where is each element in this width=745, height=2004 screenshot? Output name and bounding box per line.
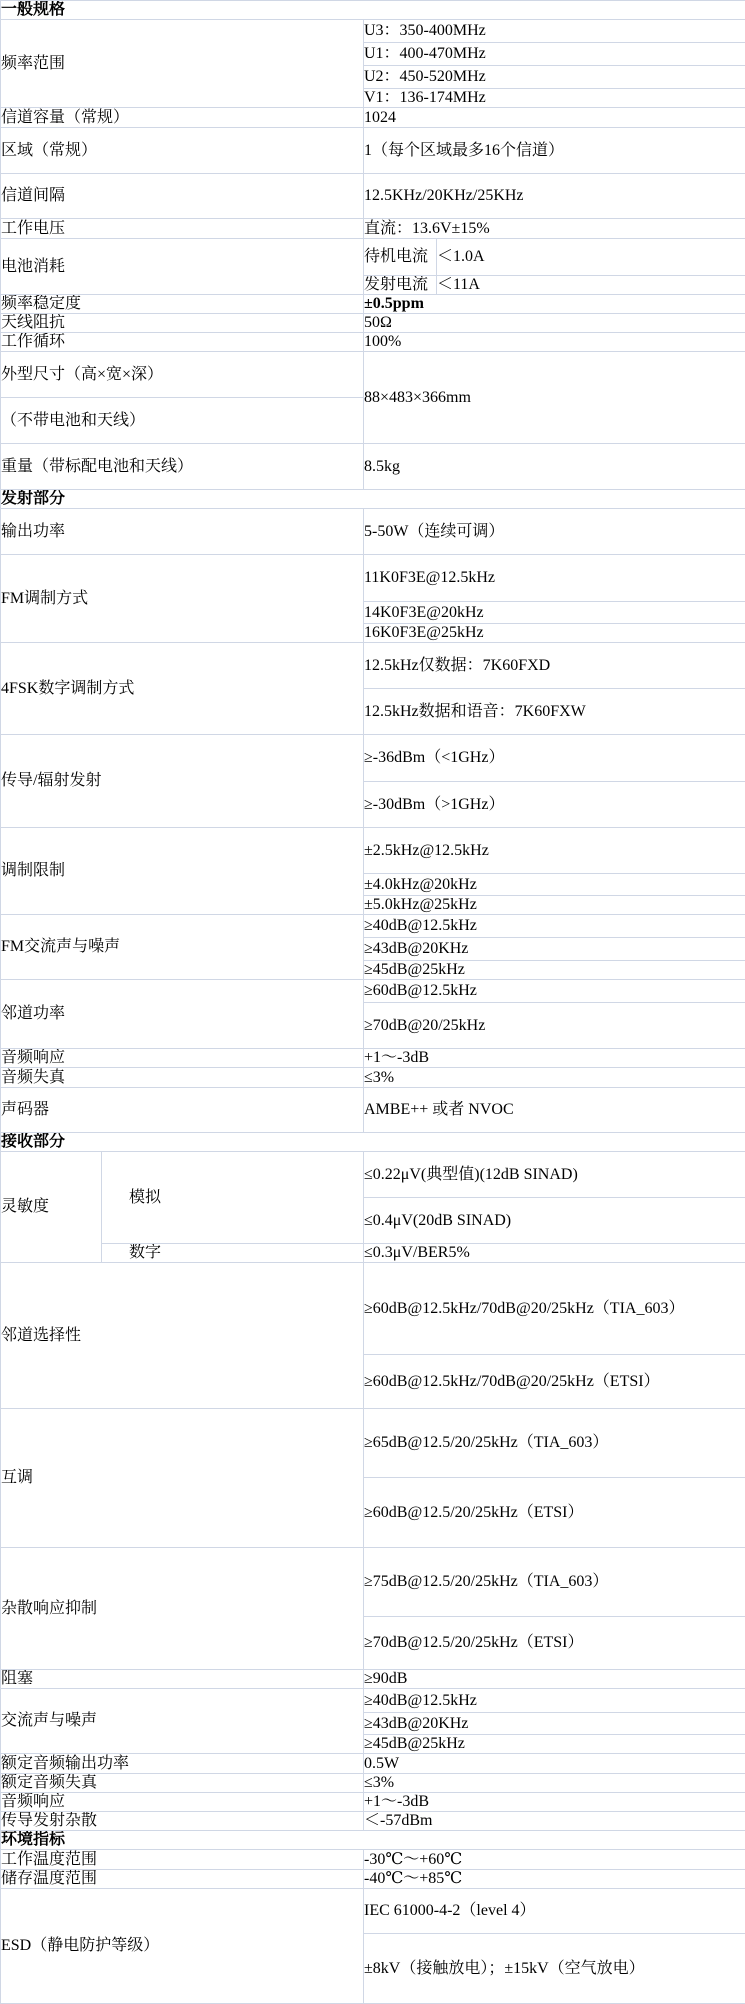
value-fm-modulation-20k: 14K0F3E@20kHz — [364, 602, 745, 624]
label-storage-temperature: 储存温度范围 — [1, 1870, 364, 1889]
spec-row-zone: 区域（常规） 1（每个区域最多16个信道） — [1, 128, 745, 174]
spec-row-rated-audio-distortion: 额定音频失真 ≤3% — [1, 1774, 745, 1793]
spec-row-battery-drain: 电池消耗 待机电流 ＜1.0A — [1, 239, 745, 276]
label-intermodulation: 互调 — [1, 1409, 364, 1548]
value-acs-etsi: ≥60dB@12.5kHz/70dB@20/25kHz（ETSI） — [364, 1355, 745, 1409]
spec-row-channel-spacing: 信道间隔 12.5KHz/20KHz/25KHz — [1, 174, 745, 219]
spec-row-fm-modulation: FM调制方式 11K0F3E@12.5kHz — [1, 555, 745, 602]
spec-row-esd: ESD（静电防护等级） IEC 61000-4-2（level 4） — [1, 1889, 745, 1934]
label-operating-voltage: 工作电压 — [1, 219, 364, 239]
value-hum-noise-rx-25k: ≥45dB@25kHz — [364, 1735, 745, 1754]
value-acp-20-25k: ≥70dB@20/25kHz — [364, 1003, 745, 1049]
value-esd-levels: ±8kV（接触放电）；±15kV（空气放电） — [364, 1934, 745, 2004]
section-header-general: 一般规格 — [1, 1, 745, 20]
spec-row-conducted-spurious: 传导发射杂散 ＜-57dBm — [1, 1812, 745, 1831]
value-emission-above-1ghz: ≥-30dBm（>1GHz） — [364, 782, 745, 828]
spec-row-conducted-radiated-emission: 传导/辐射发射 ≥-36dBm（<1GHz） — [1, 735, 745, 782]
label-battery-drain: 电池消耗 — [1, 239, 364, 295]
label-hum-noise-rx: 交流声与噪声 — [1, 1689, 364, 1754]
label-output-power: 输出功率 — [1, 509, 364, 555]
spec-subrow: 数字 ≤0.3μV/BER5% — [1, 1244, 745, 1263]
value-channel-spacing: 12.5KHz/20KHz/25KHz — [364, 174, 745, 219]
label-weight: 重量（带标配电池和天线） — [1, 444, 364, 490]
value-sensitivity-analog-20db: ≤0.4μV(20dB SINAD) — [364, 1198, 745, 1244]
value-frequency-u2: U2：450-520MHz — [364, 66, 745, 89]
spec-table: 一般规格 频率范围 U3：350-400MHz U1：400-470MHz U2… — [0, 0, 745, 2004]
value-sensitivity-digital: ≤0.3μV/BER5% — [364, 1244, 745, 1263]
section-header-transmitter: 发射部分 — [1, 490, 745, 509]
section-row: 一般规格 — [1, 1, 745, 20]
value-acp-12-5k: ≥60dB@12.5kHz — [364, 980, 745, 1003]
spec-row-adjacent-channel-selectivity: 邻道选择性 ≥60dB@12.5kHz/70dB@20/25kHz（TIA_60… — [1, 1263, 745, 1355]
value-fm-hum-noise-20k: ≥43dB@20KHz — [364, 938, 745, 961]
value-standby-current: ＜1.0A — [437, 239, 745, 276]
value-audio-response-rx: +1～-3dB — [364, 1793, 745, 1812]
value-conducted-spurious: ＜-57dBm — [364, 1812, 745, 1831]
spec-row-duty-cycle: 工作循环 100% — [1, 333, 745, 352]
label-fm-modulation: FM调制方式 — [1, 555, 364, 643]
value-acs-tia603: ≥60dB@12.5kHz/70dB@20/25kHz（TIA_603） — [364, 1263, 745, 1355]
spec-row-dimensions: 外型尺寸（高×宽×深） 88×483×366mm — [1, 352, 745, 398]
label-sensitivity: 灵敏度 — [1, 1152, 102, 1263]
label-4fsk-modulation: 4FSK数字调制方式 — [1, 643, 364, 735]
label-rated-audio-distortion: 额定音频失真 — [1, 1774, 364, 1793]
value-fm-modulation-25k: 16K0F3E@25kHz — [364, 624, 745, 643]
section-row: 接收部分 — [1, 1133, 745, 1152]
value-frequency-u3: U3：350-400MHz — [364, 20, 745, 43]
spec-row-audio-response-tx: 音频响应 +1～-3dB — [1, 1049, 745, 1068]
section-header-environment: 环境指标 — [1, 1831, 745, 1850]
label-duty-cycle: 工作循环 — [1, 333, 364, 352]
spec-row-rated-audio-power: 额定音频输出功率 0.5W — [1, 1754, 745, 1774]
label-antenna-impedance: 天线阻抗 — [1, 314, 364, 333]
spec-row-blocking: 阻塞 ≥90dB — [1, 1670, 745, 1689]
value-4fsk-data: 12.5kHz仅数据：7K60FXD — [364, 643, 745, 689]
value-weight: 8.5kg — [364, 444, 745, 490]
section-header-receiver: 接收部分 — [1, 1133, 745, 1152]
label-adjacent-channel-power: 邻道功率 — [1, 980, 364, 1049]
sublabel-digital: 数字 — [102, 1244, 364, 1263]
value-hum-noise-rx-20k: ≥43dB@20KHz — [364, 1713, 745, 1735]
spec-row-frequency-stability: 频率稳定度 ±0.5ppm — [1, 295, 745, 314]
label-audio-distortion-tx: 音频失真 — [1, 1068, 364, 1088]
label-modulation-limit: 调制限制 — [1, 828, 364, 915]
value-rated-audio-power: 0.5W — [364, 1754, 745, 1774]
value-spurious-tia603: ≥75dB@12.5/20/25kHz（TIA_603） — [364, 1548, 745, 1617]
value-fm-modulation-12-5k: 11K0F3E@12.5kHz — [364, 555, 745, 602]
value-operating-temperature: -30℃～+60℃ — [364, 1850, 745, 1870]
value-rated-audio-distortion: ≤3% — [364, 1774, 745, 1793]
label-blocking: 阻塞 — [1, 1670, 364, 1689]
label-fm-hum-noise: FM交流声与噪声 — [1, 915, 364, 980]
value-sensitivity-analog-12db: ≤0.22μV(典型值)(12dB SINAD) — [364, 1152, 745, 1198]
spec-row-operating-voltage: 工作电压 直流：13.6V±15% — [1, 219, 745, 239]
value-fm-hum-noise-12-5k: ≥40dB@12.5kHz — [364, 915, 745, 938]
value-zone: 1（每个区域最多16个信道） — [364, 128, 745, 174]
value-modulation-limit-20k: ±4.0kHz@20kHz — [364, 874, 745, 896]
label-conducted-spurious: 传导发射杂散 — [1, 1812, 364, 1831]
value-intermod-tia603: ≥65dB@12.5/20/25kHz（TIA_603） — [364, 1409, 745, 1478]
label-dimensions: 外型尺寸（高×宽×深） — [1, 352, 364, 398]
spec-row-fm-hum-noise: FM交流声与噪声 ≥40dB@12.5kHz — [1, 915, 745, 938]
spec-row-adjacent-channel-power: 邻道功率 ≥60dB@12.5kHz — [1, 980, 745, 1003]
label-adjacent-channel-selectivity: 邻道选择性 — [1, 1263, 364, 1409]
label-vocoder: 声码器 — [1, 1088, 364, 1133]
value-blocking: ≥90dB — [364, 1670, 745, 1689]
value-dimensions: 88×483×366mm — [364, 352, 745, 444]
sublabel-analog: 模拟 — [102, 1152, 364, 1244]
label-esd: ESD（静电防护等级） — [1, 1889, 364, 2004]
spec-row-intermodulation: 互调 ≥65dB@12.5/20/25kHz（TIA_603） — [1, 1409, 745, 1478]
spec-row-channel-capacity: 信道容量（常规） 1024 — [1, 108, 745, 128]
label-audio-response-tx: 音频响应 — [1, 1049, 364, 1068]
label-audio-response-rx: 音频响应 — [1, 1793, 364, 1812]
value-audio-response-tx: +1～-3dB — [364, 1049, 745, 1068]
value-antenna-impedance: 50Ω — [364, 314, 745, 333]
value-fm-hum-noise-25k: ≥45dB@25kHz — [364, 961, 745, 980]
value-emission-below-1ghz: ≥-36dBm（<1GHz） — [364, 735, 745, 782]
spec-row-vocoder: 声码器 AMBE++ 或者 NVOC — [1, 1088, 745, 1133]
value-spurious-etsi: ≥70dB@12.5/20/25kHz（ETSI） — [364, 1617, 745, 1670]
value-vocoder: AMBE++ 或者 NVOC — [364, 1088, 745, 1133]
spec-row-spurious-rejection: 杂散响应抑制 ≥75dB@12.5/20/25kHz（TIA_603） — [1, 1548, 745, 1617]
spec-row-audio-distortion-tx: 音频失真 ≤3% — [1, 1068, 745, 1088]
section-row: 环境指标 — [1, 1831, 745, 1850]
spec-row-storage-temperature: 储存温度范围 -40℃～+85℃ — [1, 1870, 745, 1889]
value-hum-noise-rx-12-5k: ≥40dB@12.5kHz — [364, 1689, 745, 1713]
spec-row-output-power: 输出功率 5-50W（连续可调） — [1, 509, 745, 555]
value-duty-cycle: 100% — [364, 333, 745, 352]
value-operating-voltage: 直流：13.6V±15% — [364, 219, 745, 239]
value-modulation-limit-12-5k: ±2.5kHz@12.5kHz — [364, 828, 745, 874]
label-channel-capacity: 信道容量（常规） — [1, 108, 364, 128]
value-modulation-limit-25k: ±5.0kHz@25kHz — [364, 896, 745, 915]
label-rated-audio-power: 额定音频输出功率 — [1, 1754, 364, 1774]
label-frequency-stability: 频率稳定度 — [1, 295, 364, 314]
spec-row-audio-response-rx: 音频响应 +1～-3dB — [1, 1793, 745, 1812]
value-esd-standard: IEC 61000-4-2（level 4） — [364, 1889, 745, 1934]
spec-row-hum-noise-rx: 交流声与噪声 ≥40dB@12.5kHz — [1, 1689, 745, 1713]
section-row: 发射部分 — [1, 490, 745, 509]
spec-row-4fsk-modulation: 4FSK数字调制方式 12.5kHz仅数据：7K60FXD — [1, 643, 745, 689]
spec-row-frequency-range: 频率范围 U3：350-400MHz — [1, 20, 745, 43]
value-frequency-stability: ±0.5ppm — [364, 295, 745, 314]
label-zone: 区域（常规） — [1, 128, 364, 174]
value-transmit-current: ＜11A — [437, 276, 745, 295]
label-frequency-range: 频率范围 — [1, 20, 364, 108]
value-output-power: 5-50W（连续可调） — [364, 509, 745, 555]
spec-row-sensitivity: 灵敏度 模拟 ≤0.22μV(典型值)(12dB SINAD) — [1, 1152, 745, 1198]
sublabel-standby-current: 待机电流 — [364, 239, 437, 276]
label-conducted-radiated-emission: 传导/辐射发射 — [1, 735, 364, 828]
value-audio-distortion-tx: ≤3% — [364, 1068, 745, 1088]
value-channel-capacity: 1024 — [364, 108, 745, 128]
spec-row-modulation-limit: 调制限制 ±2.5kHz@12.5kHz — [1, 828, 745, 874]
sublabel-transmit-current: 发射电流 — [364, 276, 437, 295]
value-intermod-etsi: ≥60dB@12.5/20/25kHz（ETSI） — [364, 1478, 745, 1548]
value-frequency-u1: U1：400-470MHz — [364, 43, 745, 66]
label-spurious-rejection: 杂散响应抑制 — [1, 1548, 364, 1670]
spec-row-operating-temperature: 工作温度范围 -30℃～+60℃ — [1, 1850, 745, 1870]
value-4fsk-data-voice: 12.5kHz数据和语音：7K60FXW — [364, 689, 745, 735]
label-channel-spacing: 信道间隔 — [1, 174, 364, 219]
spec-row-antenna-impedance: 天线阻抗 50Ω — [1, 314, 745, 333]
spec-row-weight: 重量（带标配电池和天线） 8.5kg — [1, 444, 745, 490]
value-storage-temperature: -40℃～+85℃ — [364, 1870, 745, 1889]
value-frequency-v1: V1：136-174MHz — [364, 89, 745, 108]
label-operating-temperature: 工作温度范围 — [1, 1850, 364, 1870]
note-dimensions: （不带电池和天线） — [1, 398, 364, 444]
